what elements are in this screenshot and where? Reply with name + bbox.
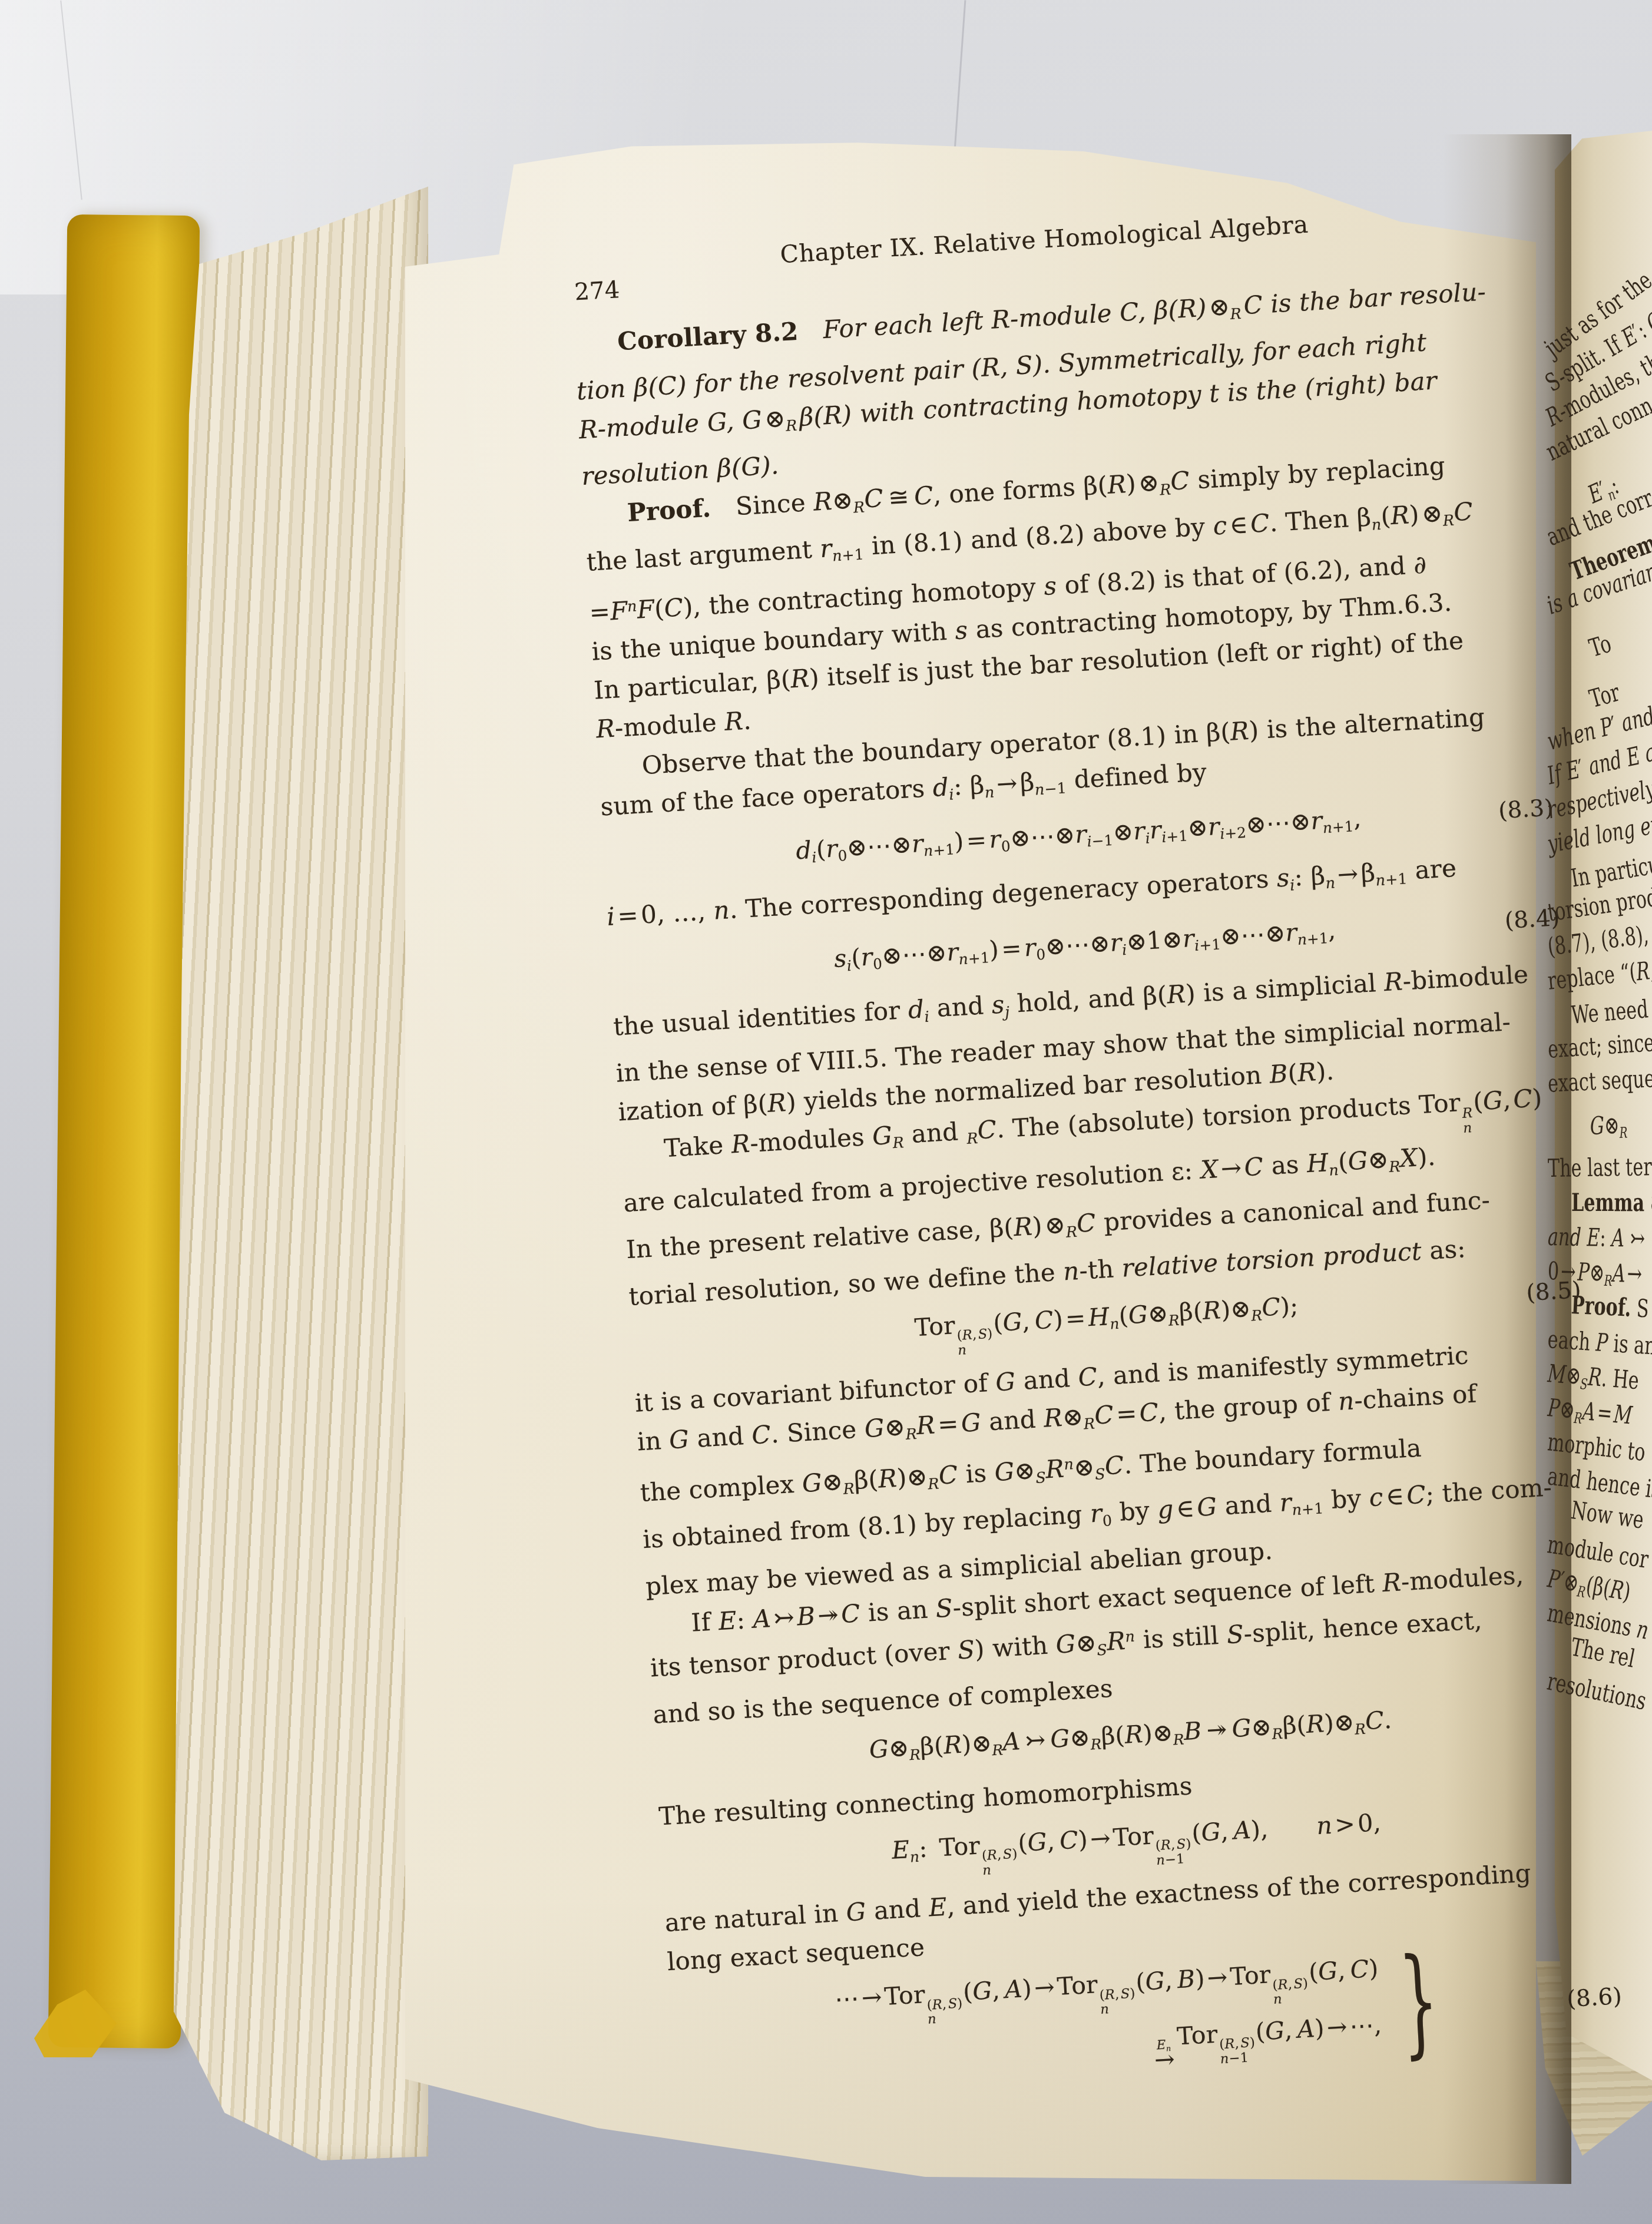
photo-of-open-book: { "colors": { "background_top": "#dedfe2… [0, 0, 1652, 2224]
equation-tag: (8.5) [1525, 1271, 1583, 1313]
equation-tag: (8.6) [1566, 1977, 1623, 2019]
equation-tag: (8.3) [1497, 789, 1554, 831]
page-number: 274 [574, 270, 621, 312]
page-edge-stack [174, 177, 428, 2160]
left-page-text: 274 Chapter IX. Relative Homological Alg… [568, 193, 1625, 2108]
left-page-body: Corollary 8.2 For each left R-module C, … [573, 270, 1625, 2100]
equation-tag: (8.4) [1504, 899, 1561, 941]
